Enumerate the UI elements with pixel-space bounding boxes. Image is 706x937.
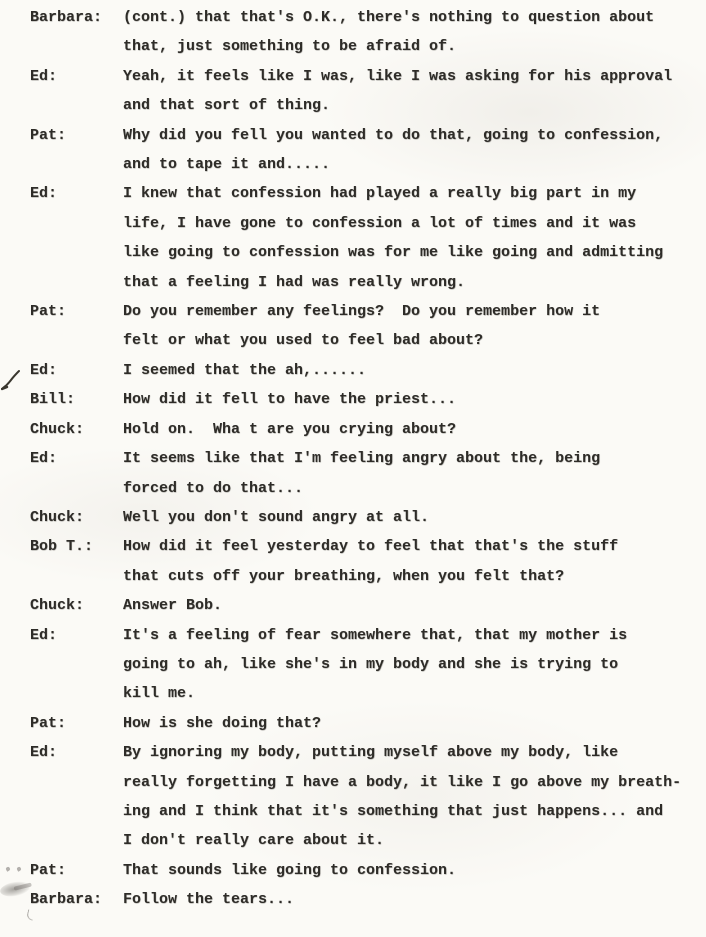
- dialogue-entry: Pat: Do you remember any feelings? Do yo…: [0, 297, 706, 356]
- dialogue-line: I don't really care about it.: [123, 826, 706, 855]
- dialogue-entry: Ed: It's a feeling of fear somewhere tha…: [0, 621, 706, 709]
- dialogue-lines: By ignoring my body, putting myself abov…: [123, 738, 706, 856]
- pen-check-mark-icon: [1, 367, 21, 391]
- dialogue-line: Do you remember any feelings? Do you rem…: [123, 297, 706, 326]
- speaker-label: Ed:: [30, 444, 123, 503]
- dialogue-line: and that sort of thing.: [123, 91, 706, 120]
- dialogue-line: By ignoring my body, putting myself abov…: [123, 738, 706, 767]
- dialogue-line: felt or what you used to feel bad about?: [123, 326, 706, 355]
- dialogue-line: It seems like that I'm feeling angry abo…: [123, 444, 706, 473]
- dialogue-line: Answer Bob.: [123, 591, 706, 620]
- dialogue-line: going to ah, like she's in my body and s…: [123, 650, 706, 679]
- stray-pen-squiggle: [26, 909, 35, 920]
- speaker-label: Chuck:: [30, 415, 123, 444]
- dialogue-entry: Bob T.: How did it feel yesterday to fee…: [0, 532, 706, 591]
- stray-tick-marks: [6, 866, 22, 874]
- dialogue-entry: Ed: Yeah, it feels like I was, like I wa…: [0, 62, 706, 121]
- dialogue-line: kill me.: [123, 679, 706, 708]
- document-page: Barbara: (cont.) that that's O.K., there…: [0, 0, 706, 937]
- dialogue-line: Well you don't sound angry at all.: [123, 503, 706, 532]
- dialogue-line: How is she doing that?: [123, 709, 706, 738]
- dialogue-entry: Ed: By ignoring my body, putting myself …: [0, 738, 706, 856]
- dialogue-lines: Why did you fell you wanted to do that, …: [123, 121, 706, 180]
- dialogue-entry: Ed: It seems like that I'm feeling angry…: [0, 444, 706, 503]
- dialogue-lines: I seemed that the ah,......: [123, 356, 706, 385]
- dialogue-line: It's a feeling of fear somewhere that, t…: [123, 621, 706, 650]
- speaker-label: Bob T.:: [30, 532, 123, 591]
- dialogue-lines: Follow the tears...: [123, 885, 706, 914]
- speaker-label: Ed:: [30, 62, 123, 121]
- speaker-label: Chuck:: [30, 591, 123, 620]
- dialogue-line: and to tape it and.....: [123, 150, 706, 179]
- dialogue-line: like going to confession was for me like…: [123, 238, 706, 267]
- dialogue-line: life, I have gone to confession a lot of…: [123, 209, 706, 238]
- speaker-label: Ed:: [30, 356, 123, 385]
- dialogue-lines: Yeah, it feels like I was, like I was as…: [123, 62, 706, 121]
- dialogue-entry: Chuck: Answer Bob.: [0, 591, 706, 620]
- speaker-label: Pat:: [30, 297, 123, 356]
- dialogue-lines: How did it fell to have the priest...: [123, 385, 706, 414]
- dialogue-line: I knew that confession had played a real…: [123, 179, 706, 208]
- dialogue-lines: I knew that confession had played a real…: [123, 179, 706, 297]
- speaker-label: Pat:: [30, 856, 123, 885]
- speaker-label: Ed:: [30, 179, 123, 297]
- dialogue-entry: Barbara: (cont.) that that's O.K., there…: [0, 3, 706, 62]
- dialogue-lines: It seems like that I'm feeling angry abo…: [123, 444, 706, 503]
- dialogue-lines: That sounds like going to confession.: [123, 856, 706, 885]
- dialogue-entry: Pat: Why did you fell you wanted to do t…: [0, 121, 706, 180]
- dialogue-line: that, just something to be afraid of.: [123, 32, 706, 61]
- speaker-label: Pat:: [30, 121, 123, 180]
- dialogue-entry: Ed: I seemed that the ah,......: [0, 356, 706, 385]
- dialogue-entry: Ed: I knew that confession had played a …: [0, 179, 706, 297]
- dialogue-entry: Pat: How is she doing that?: [0, 709, 706, 738]
- speaker-label: Chuck:: [30, 503, 123, 532]
- dialogue-lines: Well you don't sound angry at all.: [123, 503, 706, 532]
- dialogue-entry: Chuck: Hold on. Wha t are you crying abo…: [0, 415, 706, 444]
- dialogue-line: Follow the tears...: [123, 885, 706, 914]
- dialogue-lines: Do you remember any feelings? Do you rem…: [123, 297, 706, 356]
- dialogue-line: Yeah, it feels like I was, like I was as…: [123, 62, 706, 91]
- dialogue-line: Hold on. Wha t are you crying about?: [123, 415, 706, 444]
- dialogue-entry: Barbara: Follow the tears...: [0, 885, 706, 914]
- dialogue-line: forced to do that...: [123, 474, 706, 503]
- dialogue-lines: (cont.) that that's O.K., there's nothin…: [123, 3, 706, 62]
- speaker-label: Ed:: [30, 621, 123, 709]
- dialogue-line: Why did you fell you wanted to do that, …: [123, 121, 706, 150]
- dialogue-lines: How did it feel yesterday to feel that t…: [123, 532, 706, 591]
- dialogue-line: ing and I think that it's something that…: [123, 797, 706, 826]
- dialogue-lines: How is she doing that?: [123, 709, 706, 738]
- dialogue-entry: Pat: That sounds like going to confessio…: [0, 856, 706, 885]
- dialogue-line: (cont.) that that's O.K., there's nothin…: [123, 3, 706, 32]
- dialogue-lines: It's a feeling of fear somewhere that, t…: [123, 621, 706, 709]
- dialogue-lines: Answer Bob.: [123, 591, 706, 620]
- speaker-label: Barbara:: [30, 3, 123, 62]
- dialogue-line: I seemed that the ah,......: [123, 356, 706, 385]
- dialogue-line: How did it feel yesterday to feel that t…: [123, 532, 706, 561]
- dialogue-line: really forgetting I have a body, it like…: [123, 768, 706, 797]
- speaker-label: Pat:: [30, 709, 123, 738]
- dialogue-lines: Hold on. Wha t are you crying about?: [123, 415, 706, 444]
- dialogue-line: that a feeling I had was really wrong.: [123, 268, 706, 297]
- dialogue-line: That sounds like going to confession.: [123, 856, 706, 885]
- dialogue-line: How did it fell to have the priest...: [123, 385, 706, 414]
- speaker-label: Barbara:: [30, 885, 123, 914]
- speaker-label: Bill:: [30, 385, 123, 414]
- dialogue-entry: Bill: How did it fell to have the priest…: [0, 385, 706, 414]
- speaker-label: Ed:: [30, 738, 123, 856]
- dialogue-entry: Chuck: Well you don't sound angry at all…: [0, 503, 706, 532]
- dialogue-line: that cuts off your breathing, when you f…: [123, 562, 706, 591]
